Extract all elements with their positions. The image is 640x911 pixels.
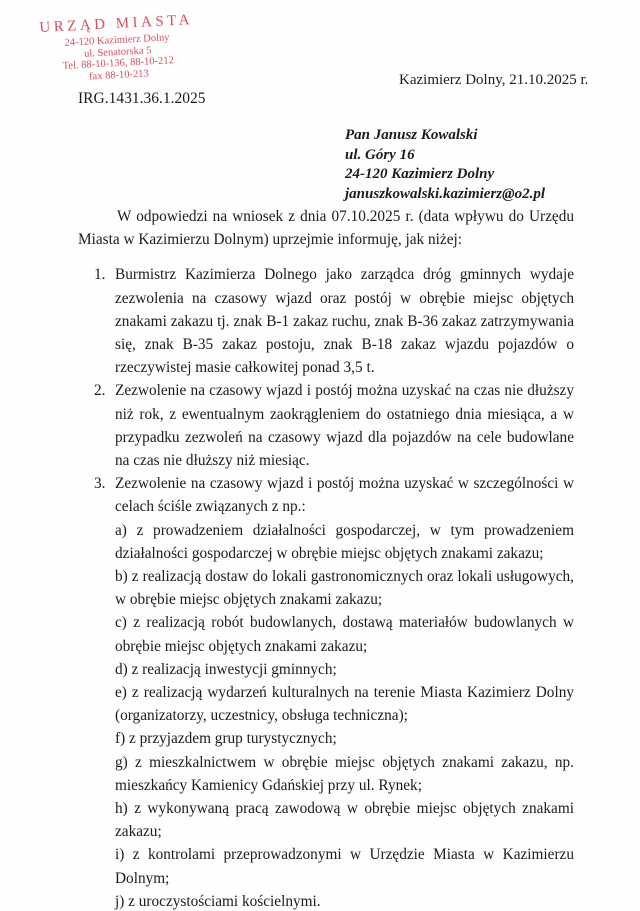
letter-body: W odpowiedzi na wniosek z dnia 07.10.202… bbox=[78, 205, 574, 911]
sub-item-a: a) z prowadzeniem działalności gospodarc… bbox=[115, 519, 574, 565]
list-item-number: 1. bbox=[78, 263, 115, 379]
sub-item-c: c) z realizacją robót budowlanych, dosta… bbox=[115, 611, 574, 657]
recipient-city: 24-120 Kazimierz Dolny bbox=[345, 165, 545, 185]
sub-item-g: g) z mieszkalnictwem w obrębie miejsc ob… bbox=[115, 751, 574, 797]
sub-item-f: f) z przyjazdem grup turystycznych; bbox=[115, 727, 574, 750]
list-item-2: 2. Zezwolenie na czasowy wjazd i postój … bbox=[78, 379, 574, 472]
reference-number: IRG.1431.36.1.2025 bbox=[78, 90, 205, 108]
official-stamp: URZĄD MIASTA 24-120 Kazimierz Dolny ul. … bbox=[28, 11, 206, 85]
sub-item-b: b) z realizacją dostaw do lokali gastron… bbox=[115, 565, 574, 611]
recipient-email: januszkowalski.kazimierz@o2.pl bbox=[345, 185, 545, 205]
sub-item-h: h) z wykonywaną pracą zawodową w obrębie… bbox=[115, 797, 574, 843]
list-item-lead-text: Zezwolenie na czasowy wjazd i postój moż… bbox=[115, 472, 574, 518]
list-item-text: Burmistrz Kazimierza Dolnego jako zarząd… bbox=[115, 263, 574, 379]
list-item-text: Zezwolenie na czasowy wjazd i postój moż… bbox=[115, 472, 574, 911]
sub-item-d: d) z realizacją inwestycji gminnych; bbox=[115, 658, 574, 681]
list-item-number: 3. bbox=[78, 472, 115, 911]
intro-paragraph: W odpowiedzi na wniosek z dnia 07.10.202… bbox=[78, 205, 574, 251]
recipient-street: ul. Góry 16 bbox=[345, 146, 545, 166]
list-item-3: 3. Zezwolenie na czasowy wjazd i postój … bbox=[78, 472, 574, 911]
list-item-text: Zezwolenie na czasowy wjazd i postój moż… bbox=[115, 379, 574, 472]
sub-item-i: i) z kontrolami przeprowadzonymi w Urzęd… bbox=[115, 843, 574, 889]
list-item-number: 2. bbox=[78, 379, 115, 472]
dateline: Kazimierz Dolny, 21.10.2025 r. bbox=[399, 72, 588, 89]
sub-item-j: j) z uroczystościami kościelnymi. bbox=[115, 890, 574, 911]
list-item-1: 1. Burmistrz Kazimierza Dolnego jako zar… bbox=[78, 263, 574, 379]
recipient-name: Pan Janusz Kowalski bbox=[345, 126, 545, 146]
sub-item-e: e) z realizacją wydarzeń kulturalnych na… bbox=[115, 681, 574, 727]
recipient-block: Pan Janusz Kowalski ul. Góry 16 24-120 K… bbox=[345, 126, 545, 204]
letter-page: URZĄD MIASTA 24-120 Kazimierz Dolny ul. … bbox=[0, 0, 640, 911]
